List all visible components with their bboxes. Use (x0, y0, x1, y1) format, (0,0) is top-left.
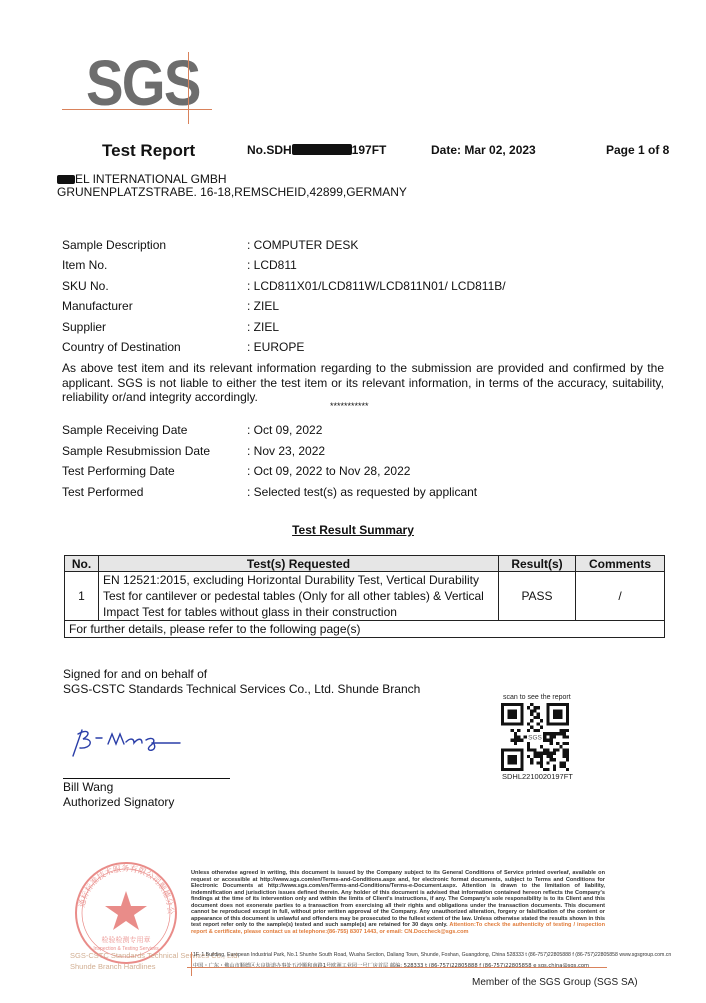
applicant-name-text: EL INTERNATIONAL GMBH (75, 172, 227, 186)
signatory-name: Bill Wang (63, 780, 174, 795)
cell-no: 1 (65, 572, 99, 621)
info-value: : EUROPE (247, 340, 304, 354)
terms-fineprint: Unless otherwise agreed in writing, this… (191, 870, 605, 935)
cell-result: PASS (499, 572, 576, 621)
footer-horizontal-rule (187, 967, 607, 968)
signature-line (63, 778, 230, 779)
handwritten-signature-icon (68, 722, 183, 760)
qr-caption: scan to see the report (503, 694, 571, 701)
col-no: No. (65, 556, 99, 572)
table-footnote-row: For further details, please refer to the… (65, 621, 665, 638)
info-label: Supplier (62, 320, 106, 334)
info-label: Sample Receiving Date (62, 423, 187, 437)
sgs-logo: SGS (62, 52, 214, 124)
info-value: : COMPUTER DESK (247, 238, 358, 252)
report-number-suffix: 197FT (352, 143, 387, 157)
info-label: Manufacturer (62, 299, 133, 313)
info-label: SKU No. (62, 279, 109, 293)
summary-title-text: Test Result Summary (292, 523, 414, 537)
info-value: : LCD811 (247, 258, 297, 272)
svg-text:SGS: SGS (528, 734, 542, 741)
sgs-membership: Member of the SGS Group (SGS SA) (472, 977, 638, 988)
table-footnote: For further details, please refer to the… (65, 621, 665, 638)
svg-text:检验检测专用章: 检验检测专用章 (102, 935, 151, 944)
info-label: Country of Destination (62, 340, 181, 354)
signatory-block: Bill Wang Authorized Signatory (63, 780, 174, 809)
signatory-role: Authorized Signatory (63, 795, 174, 810)
redaction-mark (292, 144, 352, 155)
signed-block: Signed for and on behalf of SGS-CSTC Sta… (63, 667, 420, 696)
summary-title: Test Result Summary (0, 523, 706, 537)
info-value: : Oct 09, 2022 to Nov 28, 2022 (247, 464, 410, 478)
applicant-name: EL INTERNATIONAL GMBH (57, 172, 227, 186)
info-label: Sample Resubmission Date (62, 444, 210, 458)
report-date: Date: Mar 02, 2023 (431, 143, 536, 157)
results-table: No. Test(s) Requested Result(s) Comments… (64, 555, 665, 638)
col-tests: Test(s) Requested (99, 556, 499, 572)
logo-vertical-rule (188, 52, 189, 124)
logo-text: SGS (86, 52, 200, 114)
cell-comments: / (576, 572, 665, 621)
info-value: : Nov 23, 2022 (247, 444, 325, 458)
report-title: Test Report (102, 141, 195, 161)
col-results: Result(s) (499, 556, 576, 572)
qr-report-id: SDHL2210020197FT (502, 772, 573, 781)
info-label: Sample Description (62, 238, 166, 252)
signed-for-text: Signed for and on behalf of (63, 667, 420, 682)
col-comments: Comments (576, 556, 665, 572)
table-header-row: No. Test(s) Requested Result(s) Comments (65, 556, 665, 572)
info-value: : ZIEL (247, 320, 279, 334)
footer-vertical-rule (191, 952, 192, 976)
page-indicator: Page 1 of 8 (606, 143, 669, 157)
report-number: No.SDH197FT (247, 143, 386, 157)
qr-code-icon[interactable]: SGS (500, 703, 570, 771)
table-row: 1 EN 12521:2015, excluding Horizontal Du… (65, 572, 665, 621)
applicant-address: GRUNENPLATZSTRABE. 16-18,REMSCHEID,42899… (57, 185, 407, 199)
info-value: : Selected test(s) as requested by appli… (247, 485, 477, 499)
info-value: : Oct 09, 2022 (247, 423, 322, 437)
info-label: Item No. (62, 258, 107, 272)
logo-horizontal-rule (62, 109, 212, 110)
info-value: : ZIEL (247, 299, 279, 313)
report-number-prefix: No.SDH (247, 143, 292, 157)
separator-stars: *********** (330, 401, 369, 411)
info-value: : LCD811X01/LCD811W/LCD811N01/ LCD811B/ (247, 279, 506, 293)
disclaimer-text: As above test item and its relevant info… (62, 361, 664, 405)
terms-text: Unless otherwise agreed in writing, this… (191, 870, 605, 928)
contact-english: 1F, 1 Building, European Industrial Park… (193, 952, 671, 958)
redaction-mark (57, 175, 75, 184)
cell-test: EN 12521:2015, excluding Horizontal Dura… (99, 572, 499, 621)
info-label: Test Performed (62, 485, 143, 499)
info-label: Test Performing Date (62, 464, 175, 478)
signing-company: SGS-CSTC Standards Technical Services Co… (63, 682, 420, 697)
